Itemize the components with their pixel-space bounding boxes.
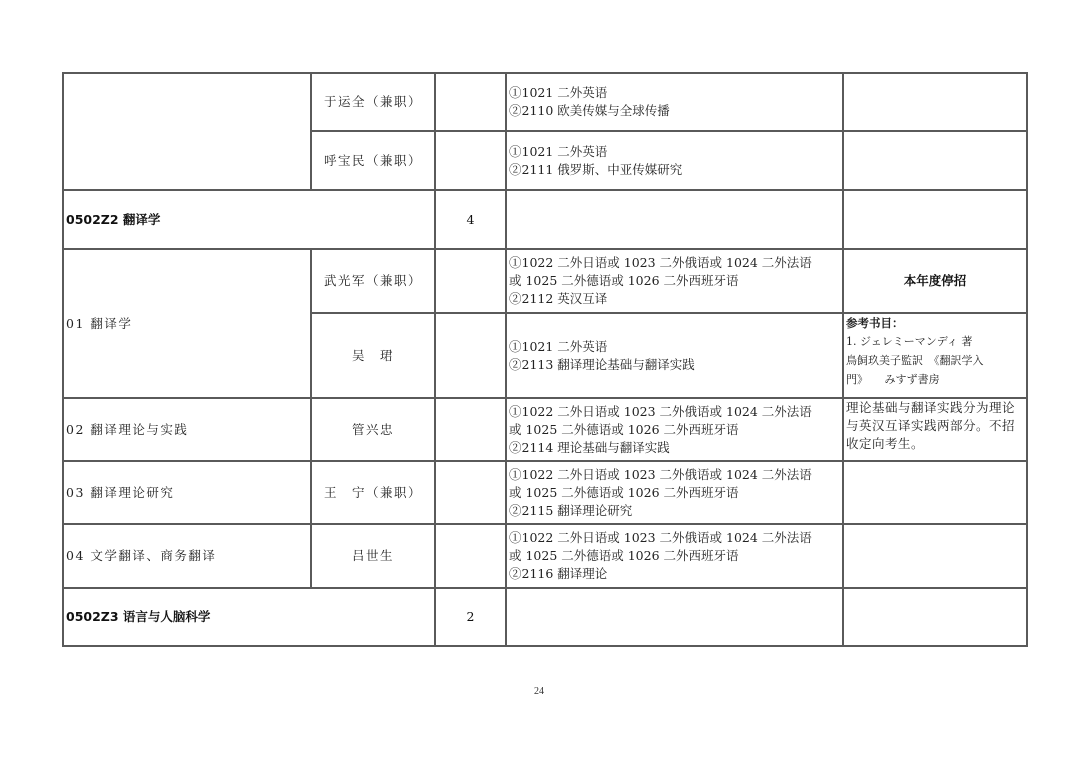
section-row-brain: 0502Z3 语言与人脑科学 2: [63, 588, 1027, 646]
section-title: 0502Z3 语言与人脑科学: [63, 588, 435, 646]
exam-line: ①1022 二外日语或 1023 二外俄语或 1024 二外法语: [509, 254, 840, 272]
notes-cell: [843, 190, 1027, 249]
notes-cell: 参考书目： 1. ジェレミーマンディ 著 鳥飼玖美子監訳 《翻訳学入 門》 みす…: [843, 313, 1027, 398]
reference-line: 鳥飼玖美子監訳 《翻訳学入: [846, 351, 1024, 370]
page-number: 24: [534, 686, 544, 697]
advisor-cell: 武光军（兼职）: [311, 249, 435, 313]
table-row: 02 翻译理论与实践 管兴忠 ①1022 二外日语或 1023 二外俄语或 10…: [63, 398, 1027, 461]
notes-cell: [843, 73, 1027, 131]
direction-cell: 02 翻译理论与实践: [63, 398, 311, 461]
exam-line: ②2112 英汉互译: [509, 290, 840, 308]
notes-cell: [843, 461, 1027, 524]
exam-line: ①1022 二外日语或 1023 二外俄语或 1024 二外法语: [509, 466, 840, 484]
exam-cell: [506, 588, 843, 646]
table-row: 01 翻译学 武光军（兼职） ①1022 二外日语或 1023 二外俄语或 10…: [63, 249, 1027, 313]
note-line: 收定向考生。: [846, 435, 1024, 453]
direction-cell: 03 翻译理论研究: [63, 461, 311, 524]
exam-line: 或 1025 二外德语或 1026 二外西班牙语: [509, 547, 840, 565]
quota-cell: [435, 524, 506, 588]
advisor-cell: 管兴忠: [311, 398, 435, 461]
exam-line: ①1021 二外英语: [509, 84, 840, 102]
exam-line: ②2116 翻译理论: [509, 565, 840, 583]
exam-line: ②2115 翻译理论研究: [509, 502, 840, 520]
exam-line: ①1021 二外英语: [509, 338, 840, 356]
section-row-fanyi: 0502Z2 翻译学 4: [63, 190, 1027, 249]
exam-line: ②2110 欧美传媒与全球传播: [509, 102, 840, 120]
section-title: 0502Z2 翻译学: [63, 190, 435, 249]
advisor-cell: 于运全（兼职）: [311, 73, 435, 131]
note-line: 理论基础与翻译实践分为理论: [846, 399, 1024, 417]
section-quota: 2: [435, 588, 506, 646]
exam-cell: ①1022 二外日语或 1023 二外俄语或 1024 二外法语 或 1025 …: [506, 461, 843, 524]
direction-cell: [63, 73, 311, 190]
reference-title: 参考书目：: [846, 314, 1024, 332]
quota-cell: [435, 73, 506, 131]
exam-cell: [506, 190, 843, 249]
table-row: 于运全（兼职） ①1021 二外英语 ②2110 欧美传媒与全球传播: [63, 73, 1027, 131]
advisor-cell: 呼宝民（兼职）: [311, 131, 435, 190]
exam-line: ②2114 理论基础与翻译实践: [509, 439, 840, 457]
exam-cell: ①1022 二外日语或 1023 二外俄语或 1024 二外法语 或 1025 …: [506, 524, 843, 588]
exam-line: ②2113 翻译理论基础与翻译实践: [509, 356, 840, 374]
exam-cell: ①1021 二外英语 ②2113 翻译理论基础与翻译实践: [506, 313, 843, 398]
table-row: 04 文学翻译、商务翻译 吕世生 ①1022 二外日语或 1023 二外俄语或 …: [63, 524, 1027, 588]
exam-line: 或 1025 二外德语或 1026 二外西班牙语: [509, 484, 840, 502]
exam-line: ①1022 二外日语或 1023 二外俄语或 1024 二外法语: [509, 529, 840, 547]
quota-cell: [435, 131, 506, 190]
quota-cell: [435, 398, 506, 461]
exam-line: 或 1025 二外德语或 1026 二外西班牙语: [509, 421, 840, 439]
direction-cell: 01 翻译学: [63, 249, 311, 398]
suspended-notice: 本年度停招: [843, 249, 1027, 313]
table-row: 03 翻译理论研究 王 宁（兼职） ①1022 二外日语或 1023 二外俄语或…: [63, 461, 1027, 524]
advisor-cell: 王 宁（兼职）: [311, 461, 435, 524]
exam-line: 或 1025 二外德语或 1026 二外西班牙语: [509, 272, 840, 290]
section-quota: 4: [435, 190, 506, 249]
exam-line: ①1021 二外英语: [509, 143, 840, 161]
quota-cell: [435, 249, 506, 313]
advisor-cell: 吕世生: [311, 524, 435, 588]
quota-cell: [435, 313, 506, 398]
exam-line: ②2111 俄罗斯、中亚传媒研究: [509, 161, 840, 179]
admissions-table: 于运全（兼职） ①1021 二外英语 ②2110 欧美传媒与全球传播 呼宝民（兼…: [62, 72, 1028, 647]
notes-cell: [843, 131, 1027, 190]
quota-cell: [435, 461, 506, 524]
advisor-cell: 吴 珺: [311, 313, 435, 398]
exam-cell: ①1021 二外英语 ②2110 欧美传媒与全球传播: [506, 73, 843, 131]
exam-cell: ①1022 二外日语或 1023 二外俄语或 1024 二外法语 或 1025 …: [506, 398, 843, 461]
exam-cell: ①1022 二外日语或 1023 二外俄语或 1024 二外法语 或 1025 …: [506, 249, 843, 313]
notes-cell: [843, 524, 1027, 588]
notes-cell: [843, 588, 1027, 646]
reference-line: 1. ジェレミーマンディ 著: [846, 332, 1024, 351]
note-line: 与英汉互译实践两部分。不招: [846, 417, 1024, 435]
notes-cell: 理论基础与翻译实践分为理论 与英汉互译实践两部分。不招 收定向考生。: [843, 398, 1027, 461]
reference-line: 門》 みすず書房: [846, 370, 1024, 389]
exam-line: ①1022 二外日语或 1023 二外俄语或 1024 二外法语: [509, 403, 840, 421]
exam-cell: ①1021 二外英语 ②2111 俄罗斯、中亚传媒研究: [506, 131, 843, 190]
direction-cell: 04 文学翻译、商务翻译: [63, 524, 311, 588]
